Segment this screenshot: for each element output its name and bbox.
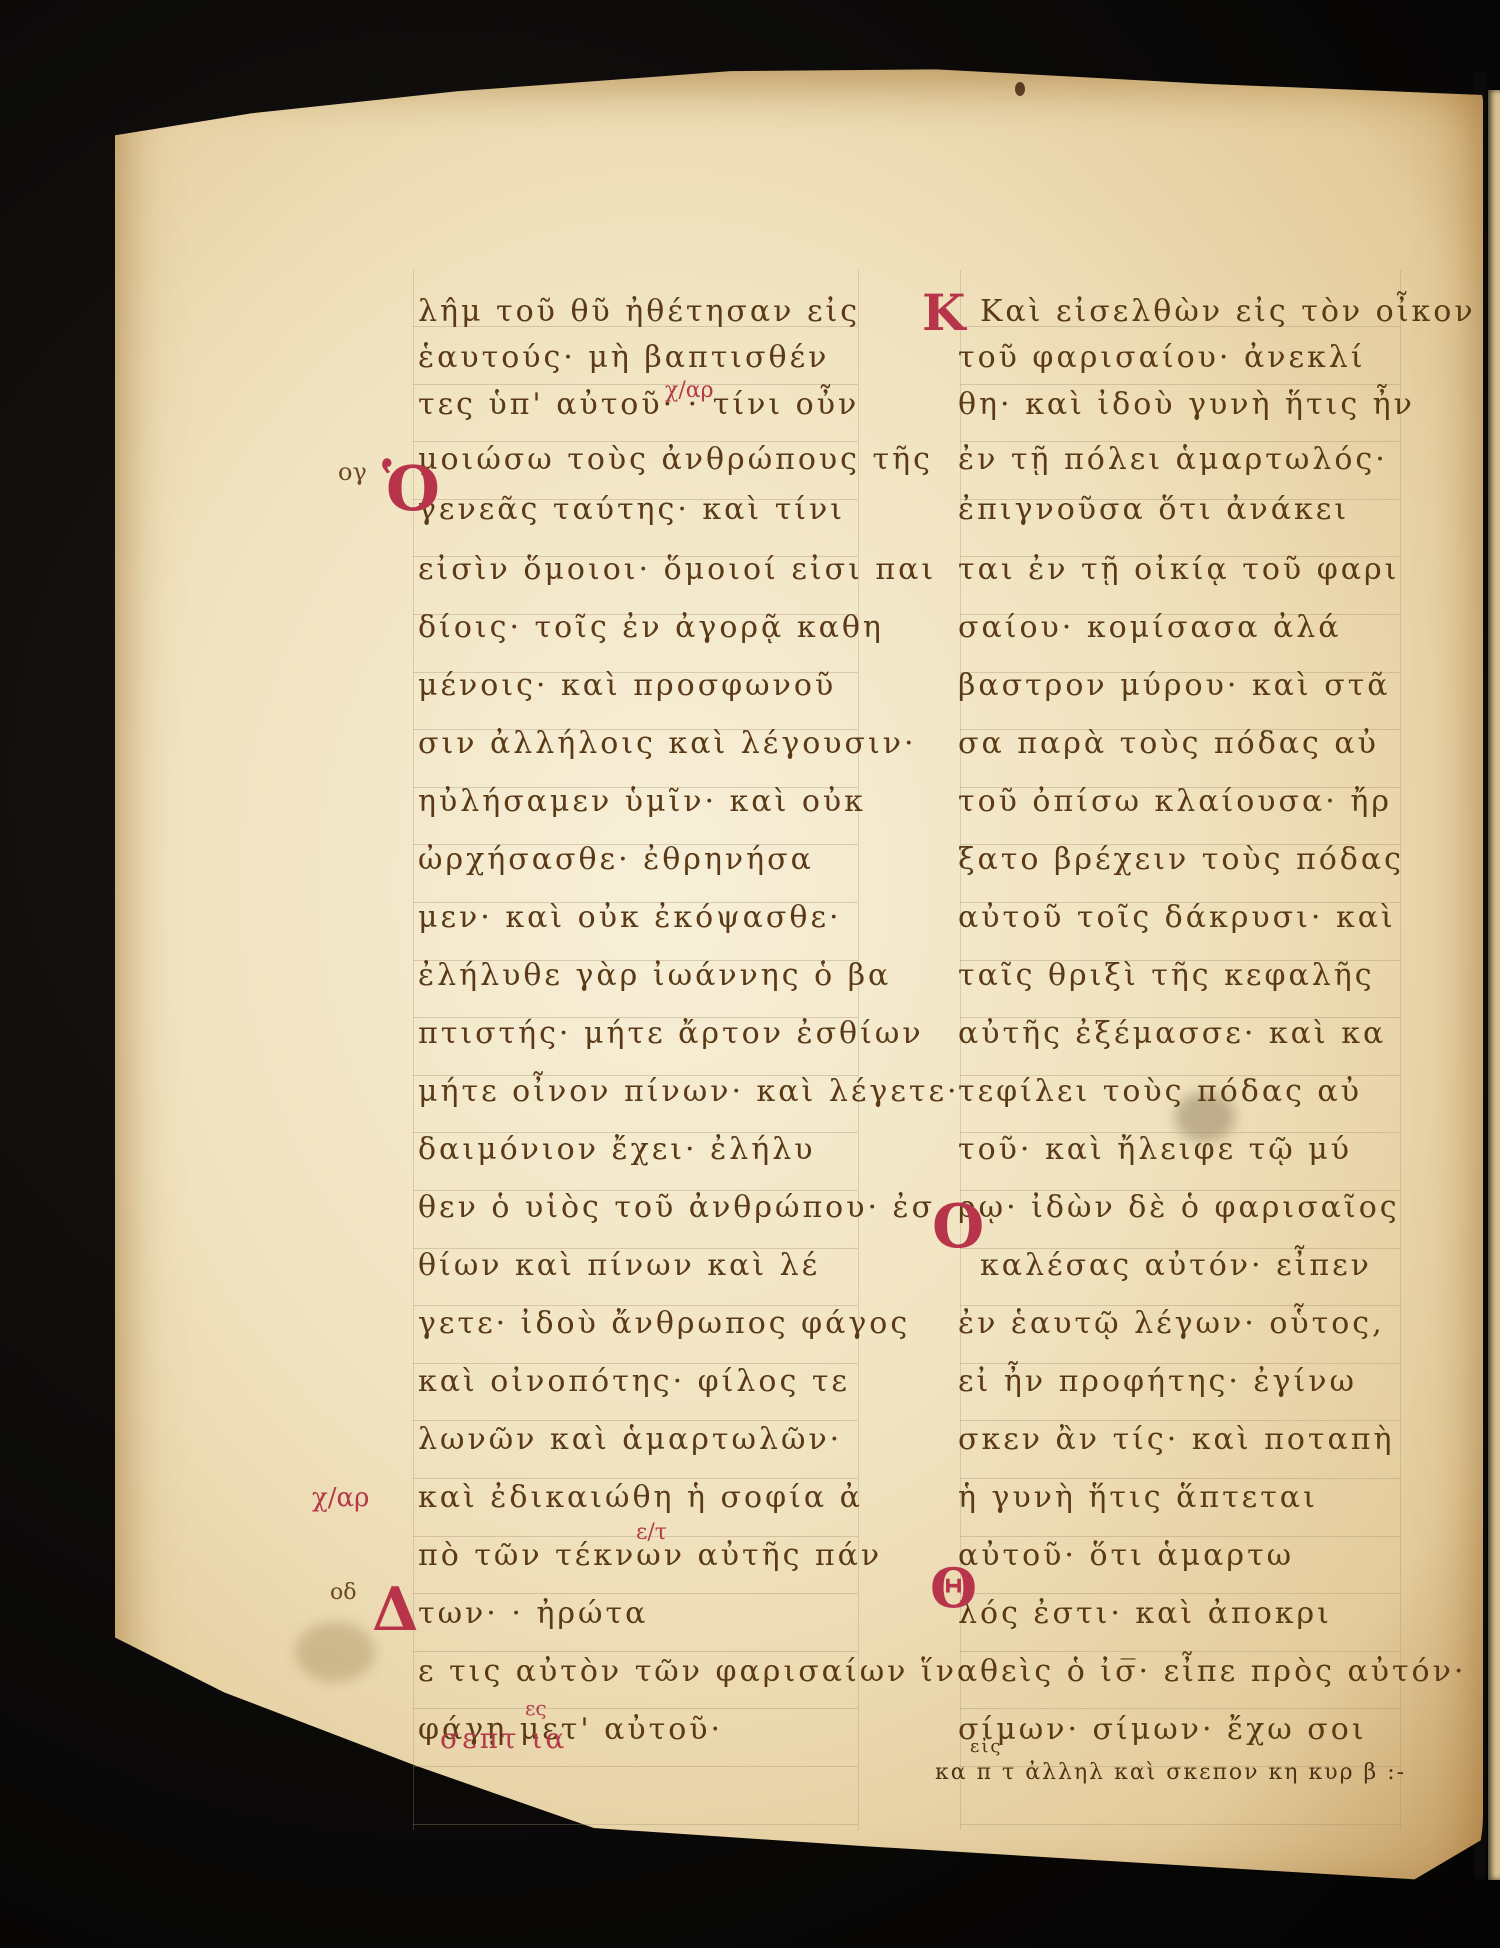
text-line: μεν· καὶ οὐκ ἐκόψασθε· xyxy=(418,900,842,935)
text-line: αὐτοῦ· ὅτι ἁμαρτω xyxy=(958,1538,1294,1573)
subscription-superscript: εἰς xyxy=(970,1736,1002,1757)
ruling-line xyxy=(413,1478,858,1479)
red-initial-theta: Θ xyxy=(930,1556,977,1620)
lectionary-date-note: σεπτ ια xyxy=(440,1722,567,1755)
text-line: πτιστής· μήτε ἄρτον ἐσθίων xyxy=(418,1016,924,1051)
ruling-line xyxy=(413,1593,858,1594)
text-line: λη̂μ τοῦ θῦ ἠθέτησαν εἰς xyxy=(418,294,860,329)
text-line: θίων καὶ πίνων καὶ λέ xyxy=(418,1248,820,1283)
ruling-line xyxy=(960,1536,1400,1537)
red-initial-omicron: Ο xyxy=(932,1192,984,1262)
ruling-line xyxy=(960,384,1400,385)
text-line: ἐν τῇ πόλει ἁμαρτωλός· xyxy=(958,442,1388,477)
text-line: αὐτῆς ἐξέμασσε· καὶ κα xyxy=(958,1016,1386,1051)
ruling-line xyxy=(960,1478,1400,1479)
text-line: ταῖς θριξὶ τῆς κεφαλῆς xyxy=(958,958,1375,993)
text-line: δίοις· τοῖς ἐν ἀγορᾷ καθη xyxy=(418,610,884,645)
text-line: σα παρὰ τοὺς πόδας αὐ xyxy=(958,726,1379,761)
ruling-line xyxy=(413,1824,858,1825)
text-line: δαιμόνιον ἔχει· ἐλήλυ xyxy=(418,1132,815,1167)
text-line: τοῦ φαρισαίου· ἀνεκλί xyxy=(958,340,1366,375)
subscription-text: κα π τ ἀλληλ καὶ σκεπον κη κυρ β :- xyxy=(935,1760,1406,1785)
text-line: ὠρχήσασθε· ἐθρηνήσα xyxy=(418,842,814,877)
text-line: καλέσας αὐτόν· εἶπεν xyxy=(980,1248,1372,1283)
text-line: θεν ὁ υἱὸς τοῦ ἀνθρώπου· ἐσ xyxy=(418,1190,935,1225)
text-line: σαίου· κομίσασα ἀλά xyxy=(958,610,1341,645)
red-epsilon-mark: ε/τ xyxy=(636,1520,667,1545)
text-line: ἐλήλυθε γὰρ ἰωάννης ὁ βα xyxy=(418,958,891,993)
ruling-line xyxy=(413,1651,858,1652)
section-number-bottom: οδ xyxy=(330,1580,357,1605)
text-line: εἰσὶν ὅμοιοι· ὅμοιοί εἰσι παι xyxy=(418,552,936,587)
text-line: θη· καὶ ἰδοὺ γυνὴ ἥτις ἦν xyxy=(958,387,1415,422)
text-line: γετε· ἰδοὺ ἄνθρωπος φάγος xyxy=(418,1306,910,1341)
stain xyxy=(295,1622,375,1682)
text-line: ἐν ἑαυτῷ λέγων· οὗτος, xyxy=(958,1306,1385,1341)
text-line: ἡ γυνὴ ἥτις ἅπτεται xyxy=(958,1480,1318,1515)
text-line: ε τις αὐτὸν τῶν φαρισαίων ἵνα xyxy=(418,1654,980,1689)
text-line: μήτε οἶνον πίνων· καὶ λέγετε· xyxy=(418,1074,960,1109)
text-line: τεφίλει τοὺς πόδας αὐ xyxy=(958,1074,1362,1109)
ink-spot xyxy=(1015,82,1025,96)
text-line: ξατο βρέχειν τοὺς πόδας xyxy=(958,842,1404,877)
adjacent-leaf-edge xyxy=(1488,90,1500,1880)
ruling-line xyxy=(413,384,858,385)
text-line: Καὶ εἰσελθὼν εἰς τὸν οἶκον xyxy=(980,294,1476,329)
section-number-margin: ογ xyxy=(338,458,367,486)
text-line: μένοις· καὶ προσφωνοῦ xyxy=(418,668,836,703)
text-line: ἐπιγνοῦσα ὅτι ἀνάκει xyxy=(958,492,1349,527)
text-line: λός ἐστι· καὶ ἀποκρι xyxy=(958,1596,1332,1631)
text-line: ρῳ· ἰδὼν δὲ ὁ φαρισαῖος xyxy=(958,1190,1400,1225)
text-line: μοιώσω τοὺς ἀνθρώπους τῆς xyxy=(418,442,933,477)
text-line: των· · ἠρώτα xyxy=(418,1596,648,1631)
text-line: σίμων· σίμων· ἔχω σοι xyxy=(958,1712,1367,1747)
text-line: βαστρον μύρου· καὶ στᾶ xyxy=(958,668,1391,703)
text-line: ται ἐν τῇ οἰκίᾳ τοῦ φαρι xyxy=(958,552,1399,587)
text-line: γενεᾶς ταύτης· καὶ τίνι xyxy=(418,492,845,527)
red-initial-kappa: Κ xyxy=(922,283,965,342)
red-chi-rho-mark: χ/αρ xyxy=(665,378,714,403)
text-line: εἰ ἦν προφήτης· ἐγίνω xyxy=(958,1364,1357,1399)
text-line: καὶ οἰνοπότης· φίλος τε xyxy=(418,1364,850,1399)
ruling-line xyxy=(960,1651,1400,1652)
ruling-line xyxy=(960,1593,1400,1594)
text-line: σκεν ἂν τίς· καὶ ποταπὴ xyxy=(958,1422,1394,1457)
right-column-right-rule xyxy=(1400,270,1401,1830)
red-initial-omicron: Ὁ xyxy=(382,452,440,525)
text-line: σιν ἀλλήλοις καὶ λέγουσιν· xyxy=(418,726,917,761)
text-line: ηὐλήσαμεν ὑμῖν· καὶ οὐκ xyxy=(418,784,866,819)
ruling-line xyxy=(413,1708,858,1709)
text-line: ἑαυτούς· μὴ βαπτισθέν xyxy=(418,340,829,375)
text-line: καὶ ἐδικαιώθη ἡ σοφία ἀ xyxy=(418,1480,863,1515)
lectionary-superscript: ες xyxy=(525,1696,547,1720)
text-line: λωνῶν καὶ ἁμαρτωλῶν· xyxy=(418,1422,842,1457)
red-chi-rho-margin: χ/αρ xyxy=(312,1484,369,1512)
text-line: τοῦ ὀπίσω κλαίουσα· ἤρ xyxy=(958,784,1392,819)
text-line: τες ὑπ' αὐτοῦ· · τίνι οὖν xyxy=(418,387,859,422)
text-line: τοῦ· καὶ ἤλειφε τῷ μύ xyxy=(958,1132,1352,1167)
ruling-line xyxy=(960,1708,1400,1709)
text-line: αὐτοῦ τοῖς δάκρυσι· καὶ xyxy=(958,900,1396,935)
red-initial-delta: Δ xyxy=(372,1575,419,1645)
ruling-line xyxy=(960,1824,1400,1825)
text-line: θεὶς ὁ ἰσ̅· εἶπε πρὸς αὐτόν· xyxy=(980,1654,1466,1689)
ruling-line xyxy=(413,1766,858,1767)
